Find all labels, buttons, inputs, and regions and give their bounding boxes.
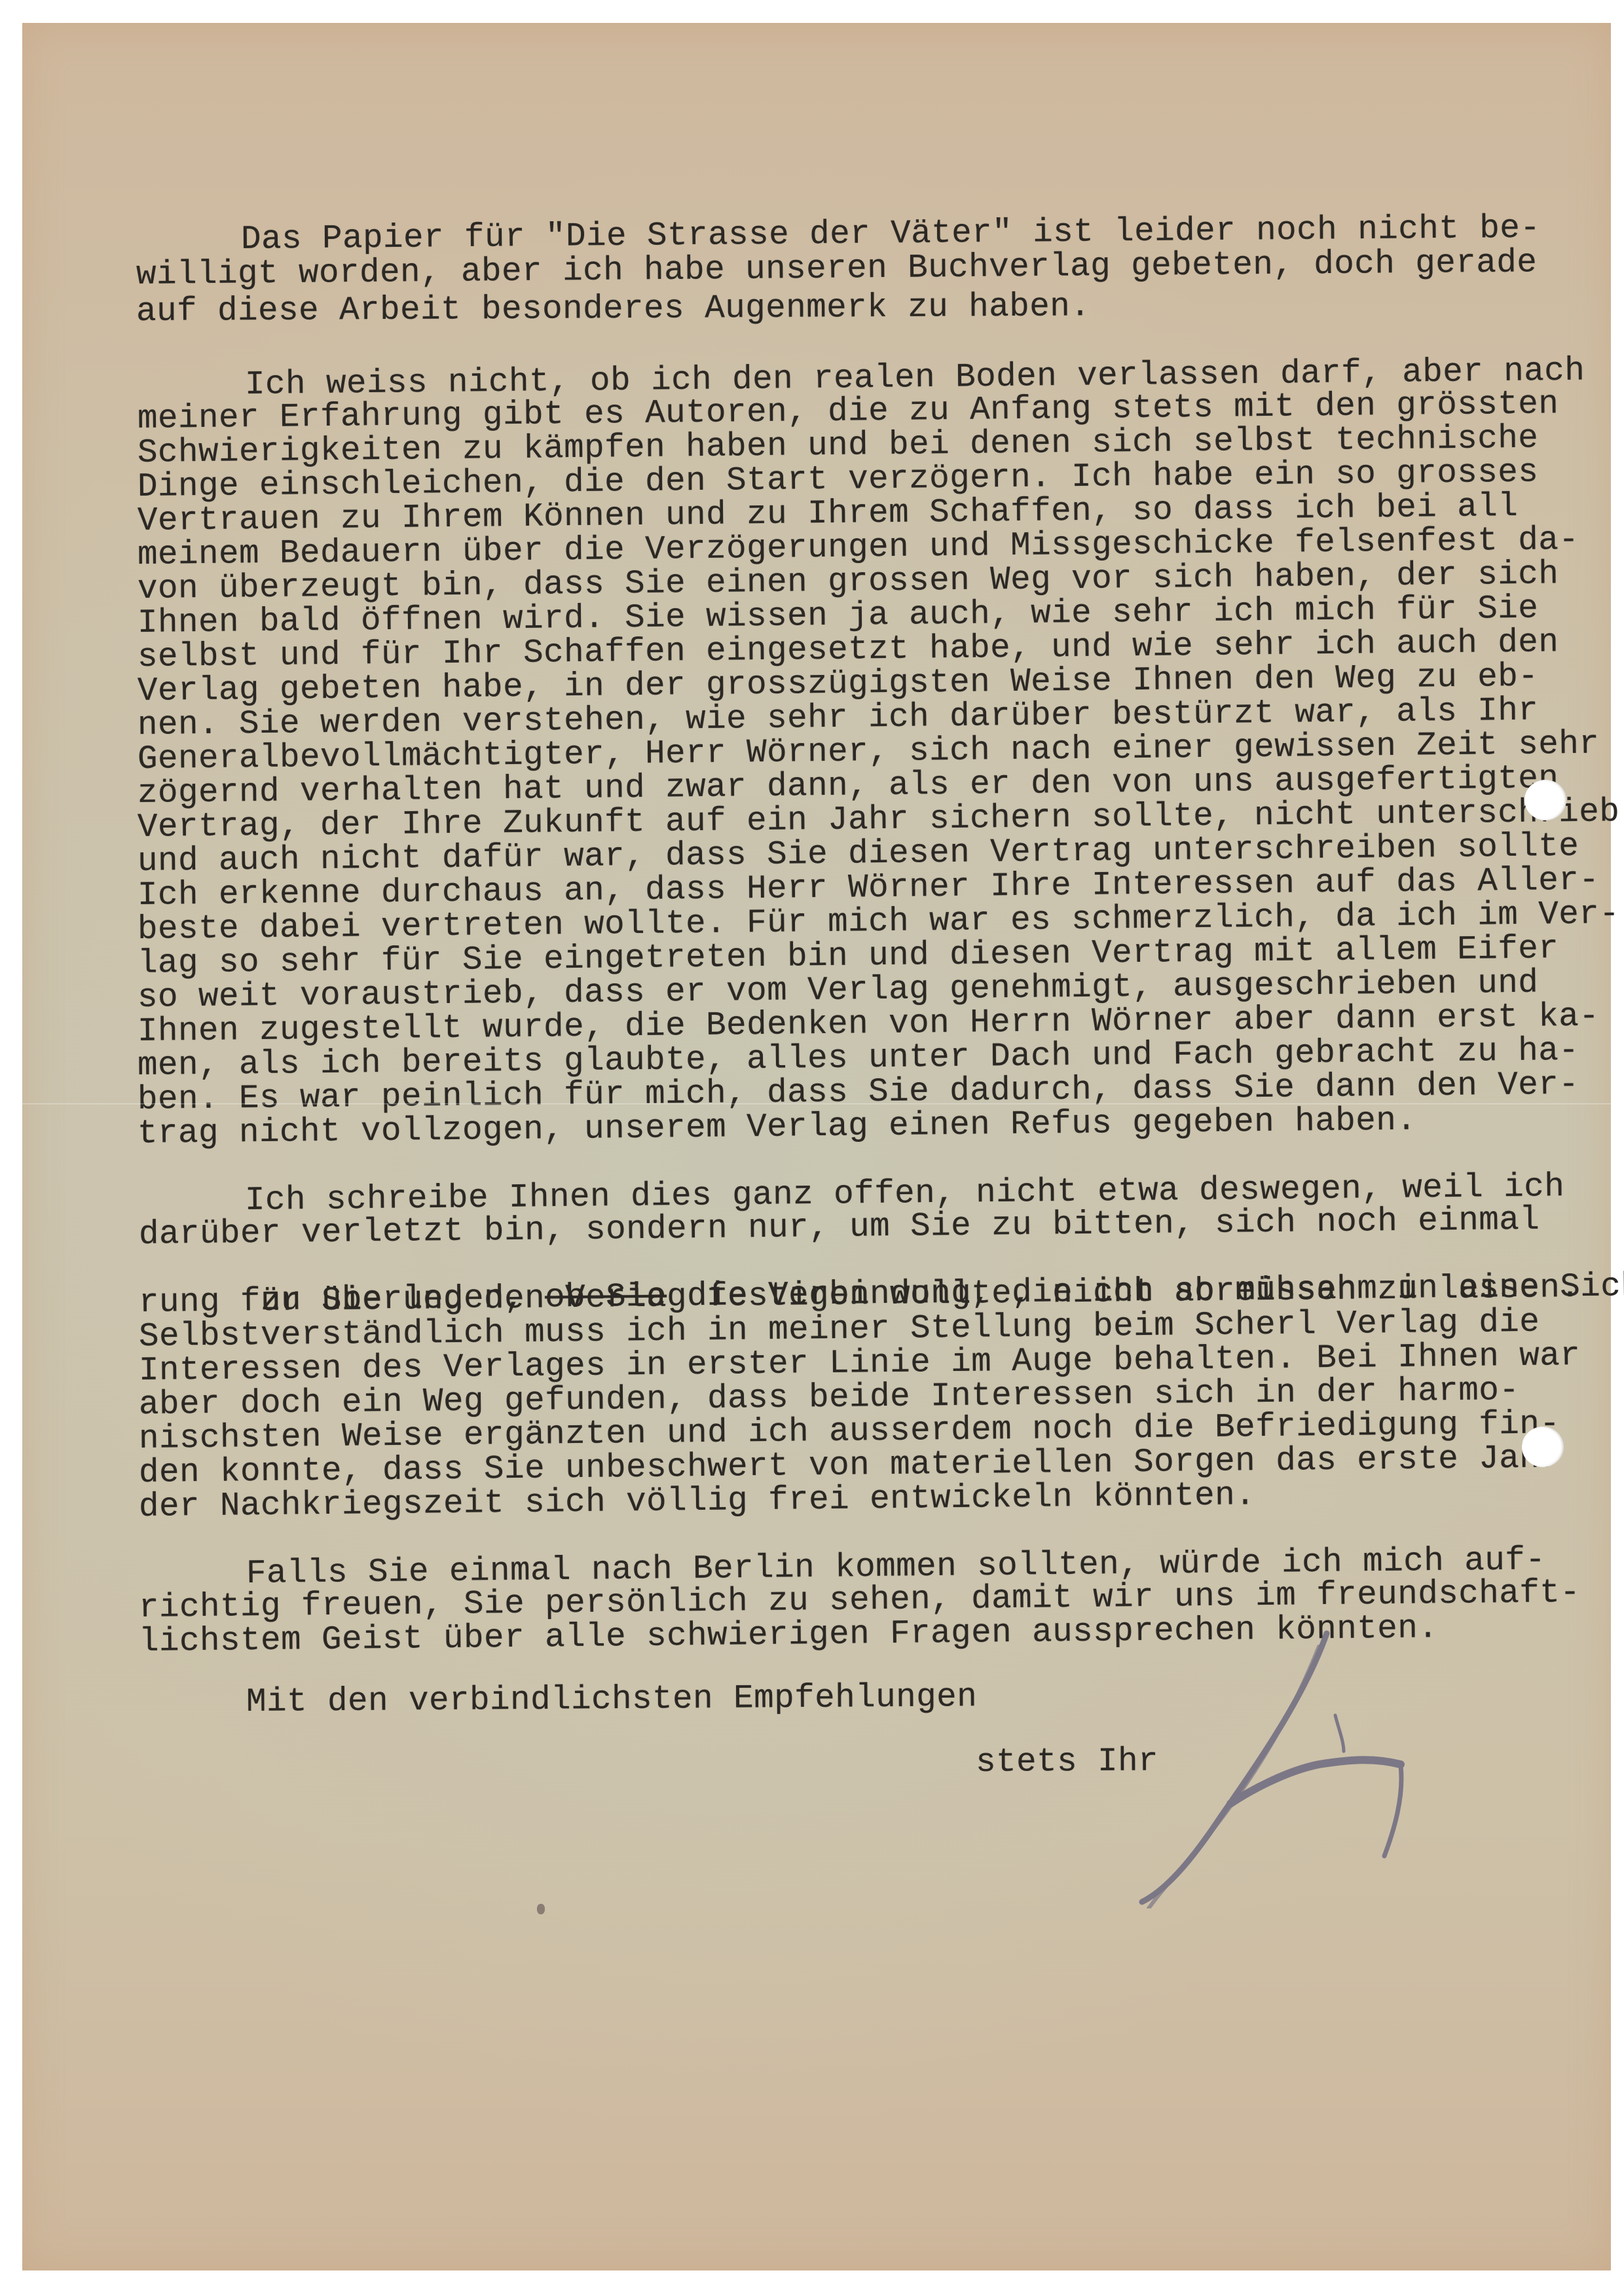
letter-body: Das Papier für "Die Strasse der Väter" i… [22, 23, 1611, 2270]
paper-speck [537, 1904, 545, 1914]
punch-hole [1524, 780, 1566, 820]
text-line: auf diese Arbeit besonderes Augenmerk zu… [136, 290, 1090, 329]
letter-page: Das Papier für "Die Strasse der Väter" i… [22, 23, 1611, 2270]
punch-hole [1522, 1427, 1564, 1467]
signature-icon [1070, 1620, 1437, 1908]
closing-line: Mit den verbindlichsten Empfehlungen [246, 1681, 978, 1719]
